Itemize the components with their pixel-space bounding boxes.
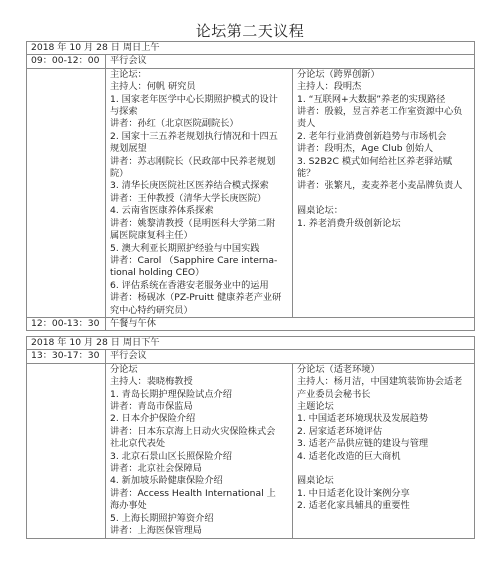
- forum-a-line: 讲者：Access Health International 上: [110, 488, 288, 500]
- forum-a-cell: 分论坛 主持人：裴晓梅教授 1. 青岛长期护理保险试点介绍 讲者：青岛市保监局 …: [106, 363, 293, 538]
- sub-forum-line: 分论坛（跨界创新）: [297, 69, 470, 81]
- forum-a-line: 2. 日本介护保险介绍: [110, 413, 288, 425]
- sub-forum-line: 讲者：殷毅，昱言养老工作室资源中心负: [297, 106, 470, 118]
- morning-time-row: 09：00-12：00 平行会议: [27, 55, 475, 68]
- main-forum-line: 4. 云南省医康养体系探索: [110, 205, 288, 217]
- sub-forum-line: 2. 老年行业消费创新趋势与市场机会: [297, 131, 470, 143]
- morning-content-row: 主论坛： 主持人：何帆 研究员 1. 国家老年医学中心长期照护模式的设计 与探索…: [27, 68, 475, 317]
- afternoon-empty-cell: [27, 363, 106, 538]
- sub-forum-line: 讲者：段明杰，Age Club 创始人: [297, 143, 470, 155]
- forum-b-cell: 分论坛（适老环境） 主持人：杨月洁，中国建筑装饰协会适老 产业委员会秘书长 主题…: [293, 363, 475, 538]
- forum-b-line: 分论坛（适老环境）: [297, 364, 470, 376]
- main-forum-line: 规划展望: [110, 143, 288, 155]
- main-forum-cell: 主论坛： 主持人：何帆 研究员 1. 国家老年医学中心长期照护模式的设计 与探索…: [106, 68, 293, 317]
- forum-b-line: 产业委员会秘书长: [297, 389, 470, 401]
- forum-a-line: 3. 北京石景山区长照保险介绍: [110, 451, 288, 463]
- forum-a-line: 讲者：北京社会保障局: [110, 463, 288, 475]
- morning-date-row: 2018 年 10 月 28 日 周日上午: [27, 42, 475, 55]
- forum-a-line: 4. 新加坡乐龄健康保险介绍: [110, 475, 288, 487]
- afternoon-content-row: 分论坛 主持人：裴晓梅教授 1. 青岛长期护理保险试点介绍 讲者：青岛市保监局 …: [27, 363, 475, 538]
- afternoon-time-row: 13：30-17：30 平行会议: [27, 350, 475, 363]
- forum-b-line: 圆桌论坛: [297, 475, 470, 487]
- main-forum-line: 6. 评估系统在香港安老服务业中的运用: [110, 280, 288, 292]
- page-title: 论坛第二天议程: [0, 20, 500, 41]
- forum-b-spacer: [297, 463, 470, 475]
- forum-b-line: 主持人：杨月洁，中国建筑装饰协会适老: [297, 376, 470, 388]
- main-forum-line: 主持人：何帆 研究员: [110, 81, 288, 93]
- forum-a-line: 讲者：日本东京海上日动火灾保险株式会: [110, 426, 288, 438]
- sub-forum-line: 责人: [297, 118, 470, 130]
- sub-forum-line: 讲者：张繁凡，麦麦养老小麦品牌负责人: [297, 180, 470, 192]
- sub-forum-spacer: [297, 193, 470, 205]
- morning-session-label: 平行会议: [106, 55, 475, 68]
- main-forum-line: 与探索: [110, 106, 288, 118]
- morning-time: 09：00-12：00: [27, 55, 106, 68]
- main-forum-line: 1. 国家老年医学中心长期照护模式的设计: [110, 94, 288, 106]
- forum-b-line: 主题论坛: [297, 401, 470, 413]
- main-forum-line: 究中心特约研究员）: [110, 305, 288, 317]
- morning-empty-cell: [27, 68, 106, 317]
- forum-b-line: 3. 适老产品供应链的建设与管理: [297, 438, 470, 450]
- main-forum-line: 讲者：王仲教授（清华大学长庚医院）: [110, 193, 288, 205]
- main-forum-line: 主论坛：: [110, 69, 288, 81]
- lunch-time: 12：00-13：30: [27, 317, 106, 330]
- afternoon-agenda-table: 2018 年 10 月 28 日 周日下午 13：30-17：30 平行会议 分…: [26, 336, 475, 539]
- main-forum-line: 5. 澳大利亚长期照护经验与中国实践: [110, 243, 288, 255]
- forum-b-line: 2. 居家适老环境评估: [297, 426, 470, 438]
- main-forum-line: 讲者：孙红（北京医院副院长）: [110, 118, 288, 130]
- sub-forum-cell: 分论坛（跨界创新） 主持人：段明杰 1. “互联网+大数据”养老的实现路径 讲者…: [293, 68, 475, 317]
- forum-b-line: 2. 适老化家具辅具的重要性: [297, 500, 470, 512]
- sub-forum-line: 1. 养老消费升级创新论坛: [297, 218, 470, 230]
- main-forum-line: 讲者：姚黎清教授（昆明医科大学第二附: [110, 218, 288, 230]
- forum-b-line: 1. 中国适老环境现状及发展趋势: [297, 413, 470, 425]
- forum-a-line: 1. 青岛长期护理保险试点介绍: [110, 389, 288, 401]
- sub-forum-line: 1. “互联网+大数据”养老的实现路径: [297, 94, 470, 106]
- forum-a-line: 主持人：裴晓梅教授: [110, 376, 288, 388]
- forum-a-line: 讲者：青岛市保监局: [110, 401, 288, 413]
- main-forum-line: 讲者：Carol （Sapphire Care interna-: [110, 255, 288, 267]
- forum-a-line: 讲者：上海医保管理局: [110, 525, 288, 537]
- sub-forum-line: 圆桌论坛：: [297, 205, 470, 217]
- sub-forum-line: 主持人：段明杰: [297, 81, 470, 93]
- sub-forum-line: 3. S2B2C 模式如何给社区养老驿站赋能？: [297, 156, 470, 181]
- afternoon-date-row: 2018 年 10 月 28 日 周日下午: [27, 337, 475, 350]
- forum-a-line: 海办事处: [110, 500, 288, 512]
- forum-b-line: 1. 中日适老化设计案例分享: [297, 488, 470, 500]
- main-forum-line: 3. 清华长庚医院社区医养结合模式探索: [110, 180, 288, 192]
- afternoon-time: 13：30-17：30: [27, 350, 106, 363]
- main-forum-line: 讲者：杨砚冰（PZ-Pruitt 健康养老产业研: [110, 292, 288, 304]
- lunch-row: 12：00-13：30 午餐与午休: [27, 317, 475, 330]
- forum-a-line: 5. 上海长期照护筹资介绍: [110, 513, 288, 525]
- main-forum-line: 讲者：苏志刚院长（民政部中民养老规划: [110, 156, 288, 168]
- main-forum-line: 院）: [110, 168, 288, 180]
- lunch-label: 午餐与午休: [106, 317, 475, 330]
- forum-a-line: 社北京代表处: [110, 438, 288, 450]
- morning-agenda-table: 2018 年 10 月 28 日 周日上午 09：00-12：00 平行会议 主…: [26, 41, 475, 331]
- afternoon-date: 2018 年 10 月 28 日 周日下午: [27, 337, 475, 350]
- afternoon-session-label: 平行会议: [106, 350, 475, 363]
- forum-b-line: 4. 适老化改造的巨大商机: [297, 451, 470, 463]
- main-forum-line: 属医院康复科主任）: [110, 230, 288, 242]
- main-forum-line: tional holding CEO）: [110, 267, 288, 279]
- forum-a-line: 分论坛: [110, 364, 288, 376]
- main-forum-line: 2. 国家十三五养老规划执行情况和十四五: [110, 131, 288, 143]
- morning-date: 2018 年 10 月 28 日 周日上午: [27, 42, 475, 55]
